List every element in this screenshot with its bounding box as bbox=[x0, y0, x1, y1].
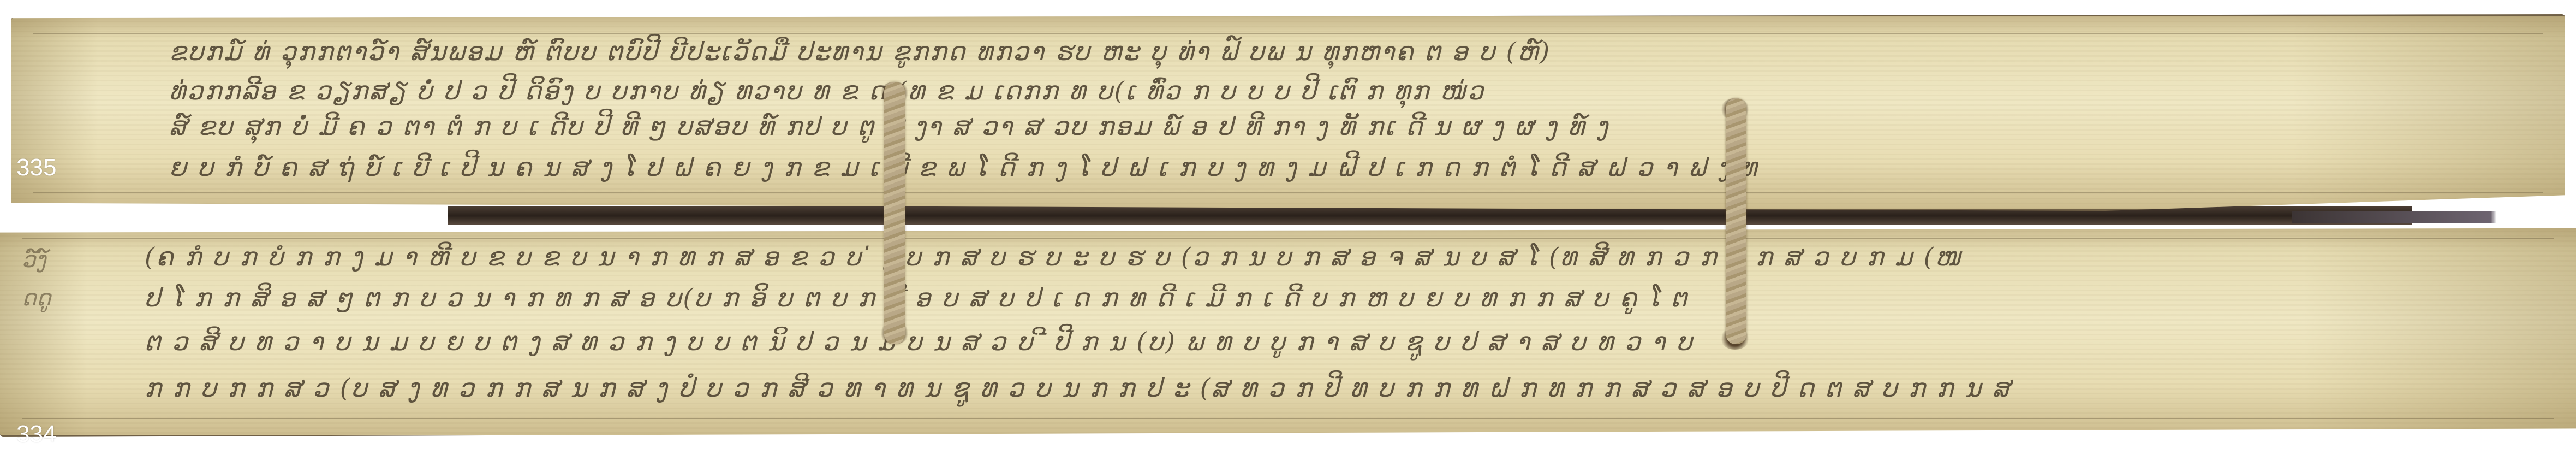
palm-leaf-335: ຂບກມ໌ ທ່ ວຸກກຕາວ໌າ ສ໌ນພອມ ຫ໌ ຕົບບ ຕບົປີ … bbox=[11, 14, 2565, 211]
palm-leaf-334: ວ໌ງ໌ ດດູ (ຄ ກໍ ບ ກ ບໍ ກ ກ ງ ມ າ ຫີ ບ ຂ ບ… bbox=[0, 224, 2576, 437]
text-line-3: ຕ ວ ສີ ບ ທ ວ າ ບ ນ ມ ບ ຍ ບ ຕ ງ ສ ທ ວ ກ ງ… bbox=[145, 327, 1694, 356]
text-line-4: ກ ກ ບ ກ ກ ສ ວ (ບ ສ ງ ທ ວ ກ ກ ສ ນ ກ ສ ງ ປ… bbox=[145, 373, 2012, 403]
text-block: ຂບກມ໌ ທ່ ວຸກກຕາວ໌າ ສ໌ນພອມ ຫ໌ ຕົບບ ຕບົປີ … bbox=[11, 16, 2565, 209]
folio-number: 334 bbox=[16, 421, 56, 448]
text-block: (ຄ ກໍ ບ ກ ບໍ ກ ກ ງ ມ າ ຫີ ບ ຂ ບ ຂ ບ ນ າ … bbox=[0, 226, 2576, 435]
binding-cord-left bbox=[884, 82, 905, 344]
text-line-2: ປ ໂ ກ ກ ສິ ອ ສ ໆ ຕ ກ ບ ວ ນ າ ກ ທ ກ ສ ອ ບ… bbox=[145, 283, 1689, 312]
folio-number: 335 bbox=[16, 154, 56, 181]
text-line-4: ຍ ບ ກໍ ບ໌ ຄ ສ ຖ່ ບ໌ ເ ບີ ເ ປີ ນ ຄ ນ ສ ງ … bbox=[169, 152, 1758, 182]
leaf-gap-right bbox=[2292, 211, 2576, 223]
binding-cord-right bbox=[1726, 98, 1746, 344]
text-line-1: (ຄ ກໍ ບ ກ ບໍ ກ ກ ງ ມ າ ຫີ ບ ຂ ບ ຂ ບ ນ າ … bbox=[145, 242, 1963, 272]
text-line-2: ທ່ວກກລີອ ຂ ວຽກສຽ ບໍ່ ປ ວ ປີ ດິອົງ ບ ບກາບ… bbox=[169, 76, 1485, 105]
text-line-1: ຂບກມ໌ ທ່ ວຸກກຕາວ໌າ ສ໌ນພອມ ຫ໌ ຕົບບ ຕບົປີ … bbox=[169, 37, 1551, 66]
